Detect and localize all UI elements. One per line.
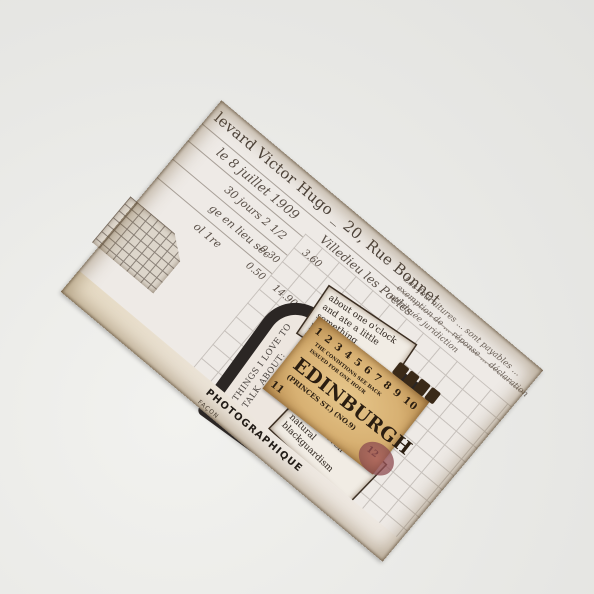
ledger-amount: 0.50 (243, 260, 267, 283)
ledger-line: ol 1re (191, 220, 224, 251)
ticket-number-left: 11 (268, 379, 286, 396)
ledger-rule (187, 140, 303, 237)
